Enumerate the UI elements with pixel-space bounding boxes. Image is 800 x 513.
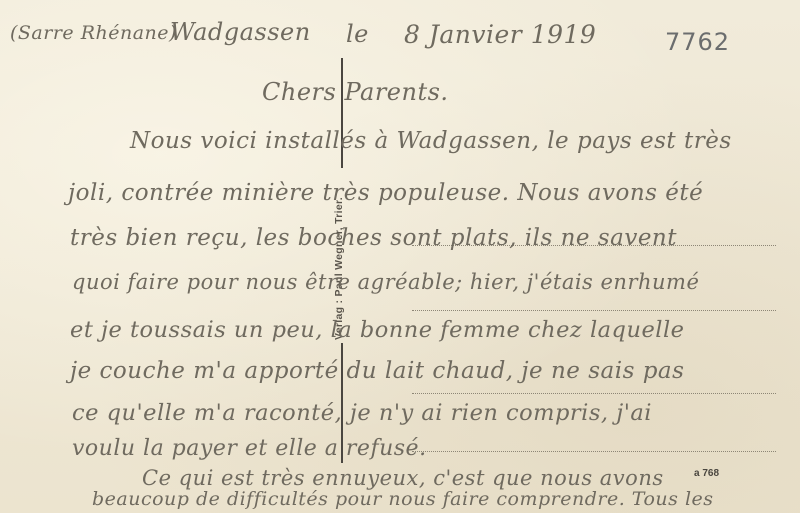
print-reference: a 768 [694, 468, 719, 479]
address-line-4 [412, 451, 776, 452]
letter-line: très bien reçu, les boches sont plats, i… [70, 225, 677, 251]
archive-number: 7762 [665, 28, 730, 56]
letter-line: quoi faire pour nous être agréable; hier… [72, 270, 699, 294]
letter-line: joli, contrée minière très populeuse. No… [68, 180, 703, 206]
region-text: (Sarre Rhénane) [10, 22, 177, 44]
date-prefix: le [346, 20, 369, 48]
date-text: 8 Janvier 1919 [404, 20, 596, 49]
letter-line: Ce qui est très ennuyeux, c'est que nous… [142, 466, 664, 490]
letter-line: je couche m'a apporté du lait chaud, je … [70, 358, 684, 384]
letter-line: beaucoup de difficultés pour nous faire … [92, 488, 714, 510]
address-line-2 [412, 310, 776, 311]
place-text: Wadgassen [170, 18, 311, 46]
letter-line: Nous voici installés à Wadgassen, le pay… [130, 128, 732, 154]
letter-line: et je toussais un peu, la bonne femme ch… [70, 317, 684, 343]
postcard-back: (Sarre Rhénane) Wadgassen le 8 Janvier 1… [0, 0, 800, 513]
salutation: Chers Parents. [262, 78, 449, 106]
address-line-3 [412, 393, 776, 394]
letter-line: voulu la payer et elle a refusé. [72, 436, 427, 461]
letter-line: ce qu'elle m'a raconté, je n'y ai rien c… [72, 400, 652, 426]
